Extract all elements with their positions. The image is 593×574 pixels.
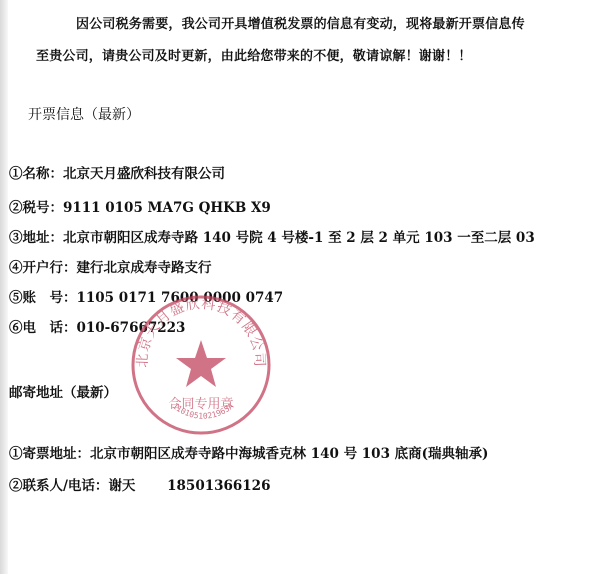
intro-line-1: 因公司税务需要，我公司开具增值税发票的信息有变动，现将最新开票信息传 <box>76 16 525 34</box>
item-label: ②联系人/电话： <box>9 478 108 494</box>
intro-line-2: 至贵公司，请贵公司及时更新，由此给您带来的不便，敬请谅解！谢谢！！ <box>36 48 472 66</box>
seal-star-icon <box>176 340 226 387</box>
mailing-item-contact: ②联系人/电话：谢天 18501366126 <box>9 477 270 495</box>
item-label: ①名称： <box>9 166 63 182</box>
invoice-item-address: ③地址：北京市朝阳区成寿寺路 140 号院 4 号楼-1 至 2 层 2 单元 … <box>9 229 535 247</box>
invoice-info-heading: 开票信息（最新） <box>28 106 140 124</box>
item-label: ⑤账 号： <box>9 290 77 306</box>
seal-serial-text: 1101051021965A <box>171 401 236 421</box>
page-left-edge <box>0 0 8 574</box>
item-label: ⑥电 话： <box>9 320 77 336</box>
invoice-item-bank: ④开户行：建行北京成寿寺路支行 <box>9 259 212 277</box>
item-value: 谢天 18501366126 <box>108 478 270 494</box>
item-value: 1105 0171 7600 0000 0747 <box>77 290 284 306</box>
invoice-item-account: ⑤账 号：1105 0171 7600 0000 0747 <box>9 289 283 307</box>
item-label: ①寄票地址： <box>9 446 90 462</box>
mailing-address-heading: 邮寄地址（最新） <box>9 384 117 402</box>
company-seal-stamp: 北京天月盛欣科技有限公司 合同专用章 1101051021965A <box>128 292 274 438</box>
invoice-item-phone: ⑥电 话：010-67667223 <box>9 319 185 337</box>
item-value: 建行北京成寿寺路支行 <box>77 260 212 276</box>
seal-center-text: 合同专用章 <box>168 396 233 412</box>
item-value: 010-67667223 <box>77 320 186 336</box>
item-value: 9111 0105 MA7G QHKB X9 <box>63 200 271 216</box>
mailing-item-address: ①寄票地址：北京市朝阳区成寿寺路中海城香克林 140 号 103 底商(瑞典轴承… <box>9 445 488 463</box>
item-value: 北京市朝阳区成寿寺路中海城香克林 140 号 103 底商(瑞典轴承) <box>90 446 488 462</box>
invoice-item-tax-id: ②税号：9111 0105 MA7G QHKB X9 <box>9 199 271 217</box>
item-label: ②税号： <box>9 200 63 216</box>
item-value: 北京市朝阳区成寿寺路 140 号院 4 号楼-1 至 2 层 2 单元 103 … <box>63 230 535 246</box>
invoice-item-name: ①名称：北京天月盛欣科技有限公司 <box>9 165 225 183</box>
item-label: ④开户行： <box>9 260 77 276</box>
item-value: 北京天月盛欣科技有限公司 <box>63 166 225 182</box>
svg-text:1101051021965A: 1101051021965A <box>171 401 236 421</box>
item-label: ③地址： <box>9 230 63 246</box>
